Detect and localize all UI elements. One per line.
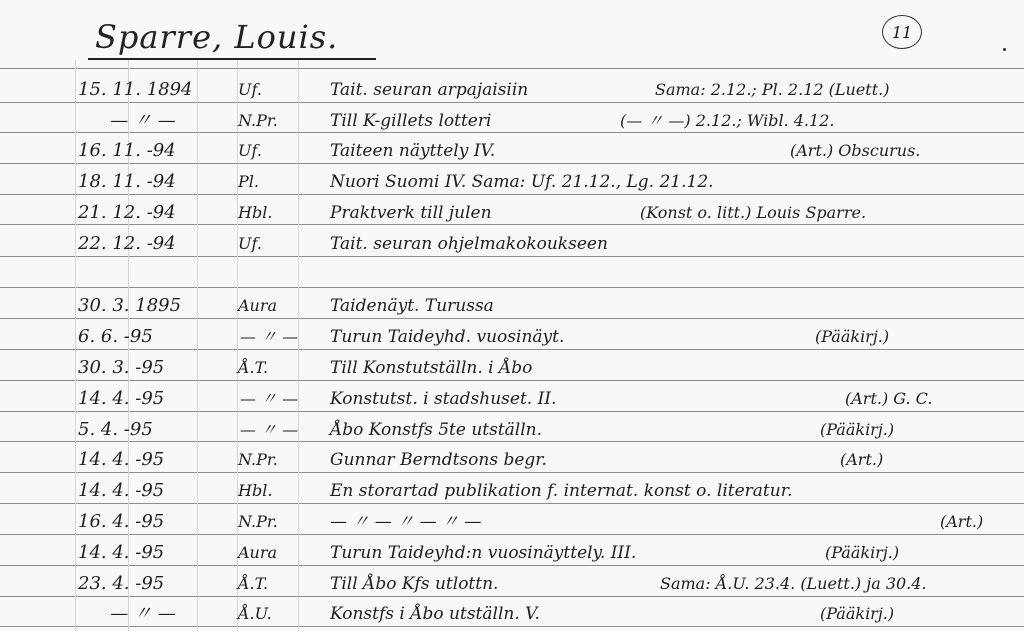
entry-date: 16. 4. -95 [78,512,208,532]
ruled-line [0,472,1024,473]
entry-note: (Art.) Obscurus. [790,141,920,161]
entry-note: Sama: 2.12.; Pl. 2.12 (Luett.) [655,80,889,100]
entry-title: Turun Taideyhd:n vuosinäyttely. III. [330,543,636,563]
entry-title: Konstfs i Åbo utställn. V. [330,604,540,624]
entry-title: Till Konstutställn. i Åbo [330,358,532,378]
entry-title: Tait. seuran ohjelmakokoukseen [330,234,608,254]
entry-source: Å.U. [238,604,300,624]
ruled-line [0,163,1024,164]
entry-source: — 〃 — [238,420,300,440]
entry-source: Hbl. [238,481,300,501]
entry-note: (Art.) [940,512,983,532]
entry-date: 16. 11. -94 [78,141,208,161]
entry-title: Åbo Konstfs 5te utställn. [330,420,542,440]
entry-date: 14. 4. -95 [78,389,208,409]
entry-title: Nuori Suomi IV. Sama: Uf. 21.12., Lg. 21… [330,172,714,192]
entry-date: 18. 11. -94 [78,172,208,192]
entry-date: 14. 4. -95 [78,543,208,563]
entry-note: (Pääkirj.) [815,327,889,347]
ruled-line [0,626,1024,627]
ruled-line [0,565,1024,566]
ruled-line [0,256,1024,257]
ruled-line [0,441,1024,442]
ruled-line [0,596,1024,597]
card-heading: Sparre, Louis. [95,18,338,56]
card-number-badge: 11 [882,15,922,49]
entry-title: Taiteen näyttely IV. [330,141,495,161]
entry-date: 14. 4. -95 [78,481,208,501]
entry-title: Gunnar Berndtsons begr. [330,450,547,470]
entry-date: 30. 3. 1895 [78,296,208,316]
ruled-line [0,318,1024,319]
entry-title: Till Åbo Kfs utlottn. [330,574,498,594]
entry-note: (Pääkirj.) [825,543,899,563]
entry-date: — 〃 — [78,111,208,131]
entry-source: — 〃 — [238,389,300,409]
entry-date: 14. 4. -95 [78,450,208,470]
entry-source: Hbl. [238,203,300,223]
entry-note: (— 〃 —) 2.12.; Wibl. 4.12. [620,111,834,131]
entry-title: Till K-gillets lotteri [330,111,491,131]
entry-title: Tait. seuran arpajaisiin [330,80,528,100]
ruled-line [0,287,1024,288]
heading-underline [88,58,376,60]
ruled-line [0,503,1024,504]
entry-source: Uf. [238,80,300,100]
ruled-line [0,194,1024,195]
entry-title: — 〃 — 〃 — 〃 — [330,512,481,532]
entry-source: N.Pr. [238,111,300,131]
entry-title: Taidenäyt. Turussa [330,296,494,316]
entry-date: 21. 12. -94 [78,203,208,223]
entry-source: Uf. [238,234,300,254]
ruled-line [0,224,1024,225]
ruled-line [0,534,1024,535]
entry-note: (Art.) [840,450,883,470]
ruled-line [0,102,1024,103]
entry-title: Praktverk till julen [330,203,492,223]
entry-source: Å.T. [238,574,300,594]
entry-note: (Pääkirj.) [820,604,894,624]
entry-date: 30. 3. -95 [78,358,208,378]
ruled-line [0,411,1024,412]
card-number: 11 [892,23,912,42]
entry-source: Uf. [238,141,300,161]
entry-date: 6. 6. -95 [78,327,208,347]
entry-date: 15. 11. 1894 [78,80,208,100]
entry-date: — 〃 — [78,604,208,624]
entry-note: (Konst o. litt.) Louis Sparre. [640,203,866,223]
entry-note: Sama: Å.U. 23.4. (Luett.) ja 30.4. [660,574,927,594]
ruled-line [0,68,1024,69]
entry-title: Konstutst. i stadshuset. II. [330,389,556,409]
entry-note: (Art.) G. C. [845,389,932,409]
entry-source: N.Pr. [238,450,300,470]
entry-source: Aura [238,543,300,563]
entry-source: N.Pr. [238,512,300,532]
entry-date: 23. 4. -95 [78,574,208,594]
entry-title: Turun Taideyhd. vuosinäyt. [330,327,564,347]
entry-note: (Pääkirj.) [820,420,894,440]
ink-speck [1003,48,1006,51]
ruled-line [0,132,1024,133]
index-card: Sparre, Louis. 11 15. 11. 1894Uf.Tait. s… [0,0,1024,631]
entry-source: Pl. [238,172,300,192]
entry-source: Å.T. [238,358,300,378]
ruled-line [0,380,1024,381]
entry-title: En storartad publikation f. internat. ko… [330,481,792,501]
entry-date: 22. 12. -94 [78,234,208,254]
column-guide [75,60,76,631]
entry-source: Aura [238,296,300,316]
ruled-line [0,349,1024,350]
entry-source: — 〃 — [238,327,300,347]
entry-date: 5. 4. -95 [78,420,208,440]
